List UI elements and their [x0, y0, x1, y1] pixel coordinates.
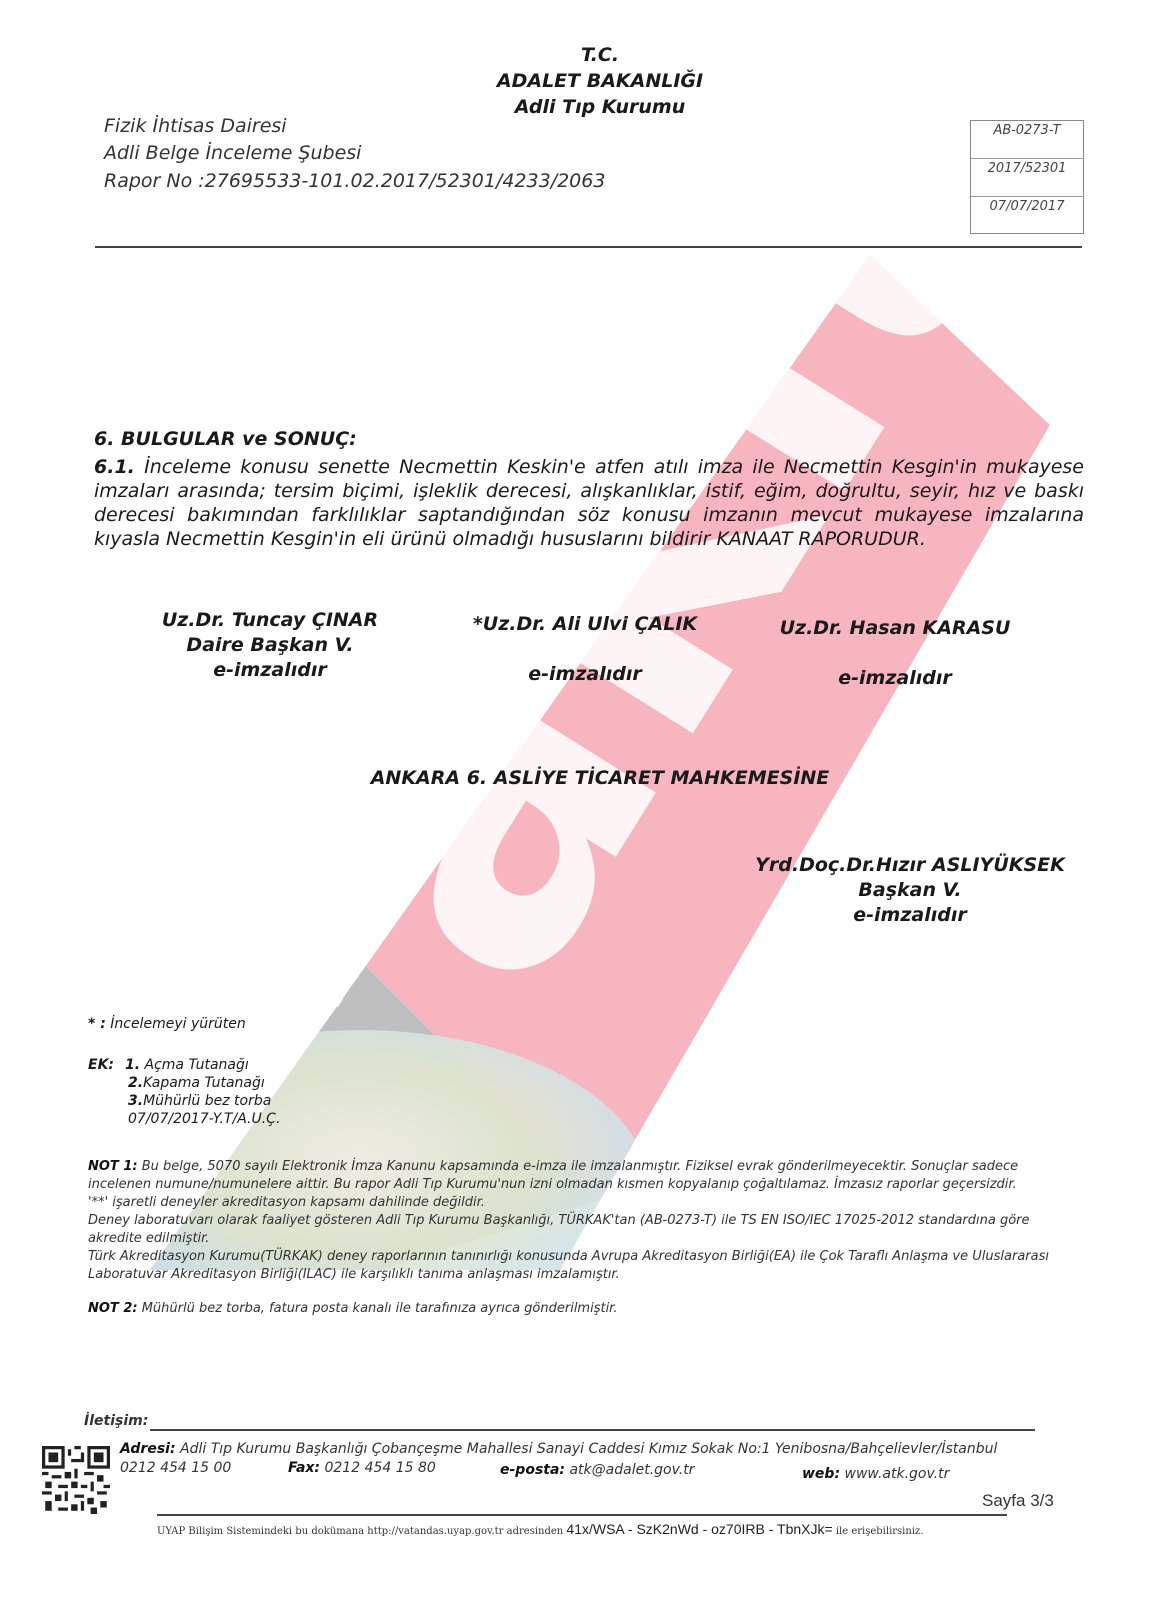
contact-divider [150, 1429, 1035, 1431]
file-number: 2017/52301 [971, 159, 1083, 197]
signatory-title: Daire Başkan V. [140, 633, 400, 658]
signatory-name: *Uz.Dr. Ali Ulvi ÇALIK [440, 612, 730, 637]
accreditation-box: AB-0273-T 2017/52301 07/07/2017 [970, 120, 1084, 234]
attachments-label: EK: [88, 1056, 114, 1074]
note-1-text: Bu belge, 5070 sayılı Elektronik İmza Ka… [88, 1159, 1018, 1192]
email-label: e-posta: [500, 1462, 565, 1478]
uyap-suffix: ile erişebilirsiniz. [833, 1526, 924, 1537]
addressee: ANKARA 6. ASLİYE TİCARET MAHKEMESİNE [330, 766, 870, 791]
address-label: Adresi: [120, 1441, 176, 1457]
attachment-num: 1. [125, 1057, 140, 1073]
header-divider [95, 246, 1082, 248]
paragraph-number: 6.1. [94, 456, 135, 478]
fax-label: Fax: [288, 1460, 320, 1476]
header-tc: T.C. [380, 44, 820, 66]
footnote: * : İncelemeyi yürüten [88, 1015, 246, 1033]
yeni-akit-watermark: YENİ akit [0, 0, 1163, 1599]
web-text[interactable]: www.atk.gov.tr [840, 1466, 949, 1482]
note-2: NOT 2: Mühürlü bez torba, fatura posta k… [88, 1300, 1083, 1318]
contact-address: Adresi: Adli Tıp Kurumu Başkanlığı Çoban… [120, 1441, 997, 1457]
footnote-text: İncelemeyi yürüten [106, 1016, 246, 1032]
note-1: NOT 1: Bu belge, 5070 sayılı Elektronik … [88, 1158, 1083, 1194]
president-name: Yrd.Doç.Dr.Hızır ASLIYÜKSEK [730, 853, 1090, 878]
president-title: Başkan V. [730, 878, 1090, 903]
attachment-num: 3. [128, 1093, 143, 1109]
attachment-text: Mühürlü bez torba [143, 1093, 271, 1109]
attachments-label-text: EK: [88, 1057, 114, 1073]
signatory-3: Uz.Dr. Hasan KARASU e-imzalıdır [750, 616, 1040, 691]
header-institute: Adli Tıp Kurumu [380, 96, 820, 118]
attachment-item: 2.Kapama Tutanağı [125, 1074, 280, 1092]
contact-web: web: www.atk.gov.tr [802, 1466, 949, 1482]
president-signature: Yrd.Doç.Dr.Hızır ASLIYÜKSEK Başkan V. e-… [730, 853, 1090, 928]
findings-paragraph: 6.1. İnceleme konusu senette Necmettin K… [94, 455, 1084, 551]
attachment-ref: 07/07/2017-Y.T/A.U.Ç. [125, 1110, 280, 1128]
attachment-text: Açma Tutanağı [140, 1057, 249, 1073]
uyap-code: 41x/WSA - SzK2nWd - oz70IRB - TbnXJk= [566, 1521, 832, 1537]
contact-email: e-posta: atk@adalet.gov.tr [500, 1462, 694, 1478]
svg-text:YENİ: YENİ [286, 869, 419, 1029]
attachment-num: 2. [128, 1075, 143, 1091]
branch: Adli Belge İnceleme Şubesi [104, 142, 361, 164]
page-number: Sayfa 3/3 [982, 1491, 1054, 1511]
note-accreditation: Deney laboratuvarı olarak faaliyet göste… [88, 1212, 1083, 1248]
uyap-prefix: UYAP Bilişim Sistemindeki bu dokümana ht… [157, 1526, 566, 1537]
section-title: 6. BULGULAR ve SONUÇ: [94, 428, 357, 450]
signatory-name: Uz.Dr. Hasan KARASU [750, 616, 1040, 641]
report-date: 07/07/2017 [971, 197, 1083, 234]
note-accreditation-scope: '**' işaretli deneyler akreditasyon kaps… [88, 1194, 1083, 1212]
signatory-status: e-imzalıdır [140, 658, 400, 683]
signatory-1: Uz.Dr. Tuncay ÇINAR Daire Başkan V. e-im… [140, 608, 400, 683]
department: Fizik İhtisas Dairesi [104, 115, 287, 137]
qr-code [42, 1444, 110, 1516]
contact-phone: 0212 454 15 00 [120, 1460, 231, 1476]
fax-text: 0212 454 15 80 [320, 1460, 436, 1476]
note-turkak: Türk Akreditasyon Kurumu(TÜRKAK) deney r… [88, 1248, 1083, 1284]
signatory-status: e-imzalıdır [750, 666, 1040, 691]
address-text: Adli Tıp Kurumu Başkanlığı Çobançeşme Ma… [176, 1441, 998, 1457]
attachments-list: 1. Açma Tutanağı 2.Kapama Tutanağı 3.Müh… [125, 1056, 280, 1128]
uyap-divider [157, 1514, 1007, 1516]
email-text[interactable]: atk@adalet.gov.tr [565, 1462, 694, 1478]
attachment-text: Kapama Tutanağı [143, 1075, 265, 1091]
president-status: e-imzalıdır [730, 903, 1090, 928]
paragraph-text: İnceleme konusu senette Necmettin Keskin… [94, 456, 1084, 550]
accreditation-code: AB-0273-T [971, 121, 1083, 159]
contact-fax: Fax: 0212 454 15 80 [288, 1460, 436, 1476]
header-ministry: ADALET BAKANLIĞI [380, 70, 820, 92]
notes-block: NOT 1: Bu belge, 5070 sayılı Elektronik … [88, 1158, 1083, 1318]
web-label: web: [802, 1466, 840, 1482]
note-2-text: Mühürlü bez torba, fatura posta kanalı i… [138, 1301, 618, 1316]
note-2-label: NOT 2: [88, 1301, 138, 1316]
note-1-label: NOT 1: [88, 1159, 138, 1174]
uyap-verification: UYAP Bilişim Sistemindeki bu dokümana ht… [157, 1521, 923, 1537]
contact-title: İletişim: [84, 1413, 148, 1429]
signatory-2: *Uz.Dr. Ali Ulvi ÇALIK e-imzalıdır [440, 612, 730, 687]
report-number: Rapor No :27695533-101.02.2017/52301/423… [104, 170, 605, 192]
footnote-mark: * : [88, 1016, 106, 1032]
signatory-name: Uz.Dr. Tuncay ÇINAR [140, 608, 400, 633]
attachment-item: 1. Açma Tutanağı [125, 1056, 280, 1074]
signatory-status: e-imzalıdır [440, 662, 730, 687]
attachment-item: 3.Mühürlü bez torba [125, 1092, 280, 1110]
